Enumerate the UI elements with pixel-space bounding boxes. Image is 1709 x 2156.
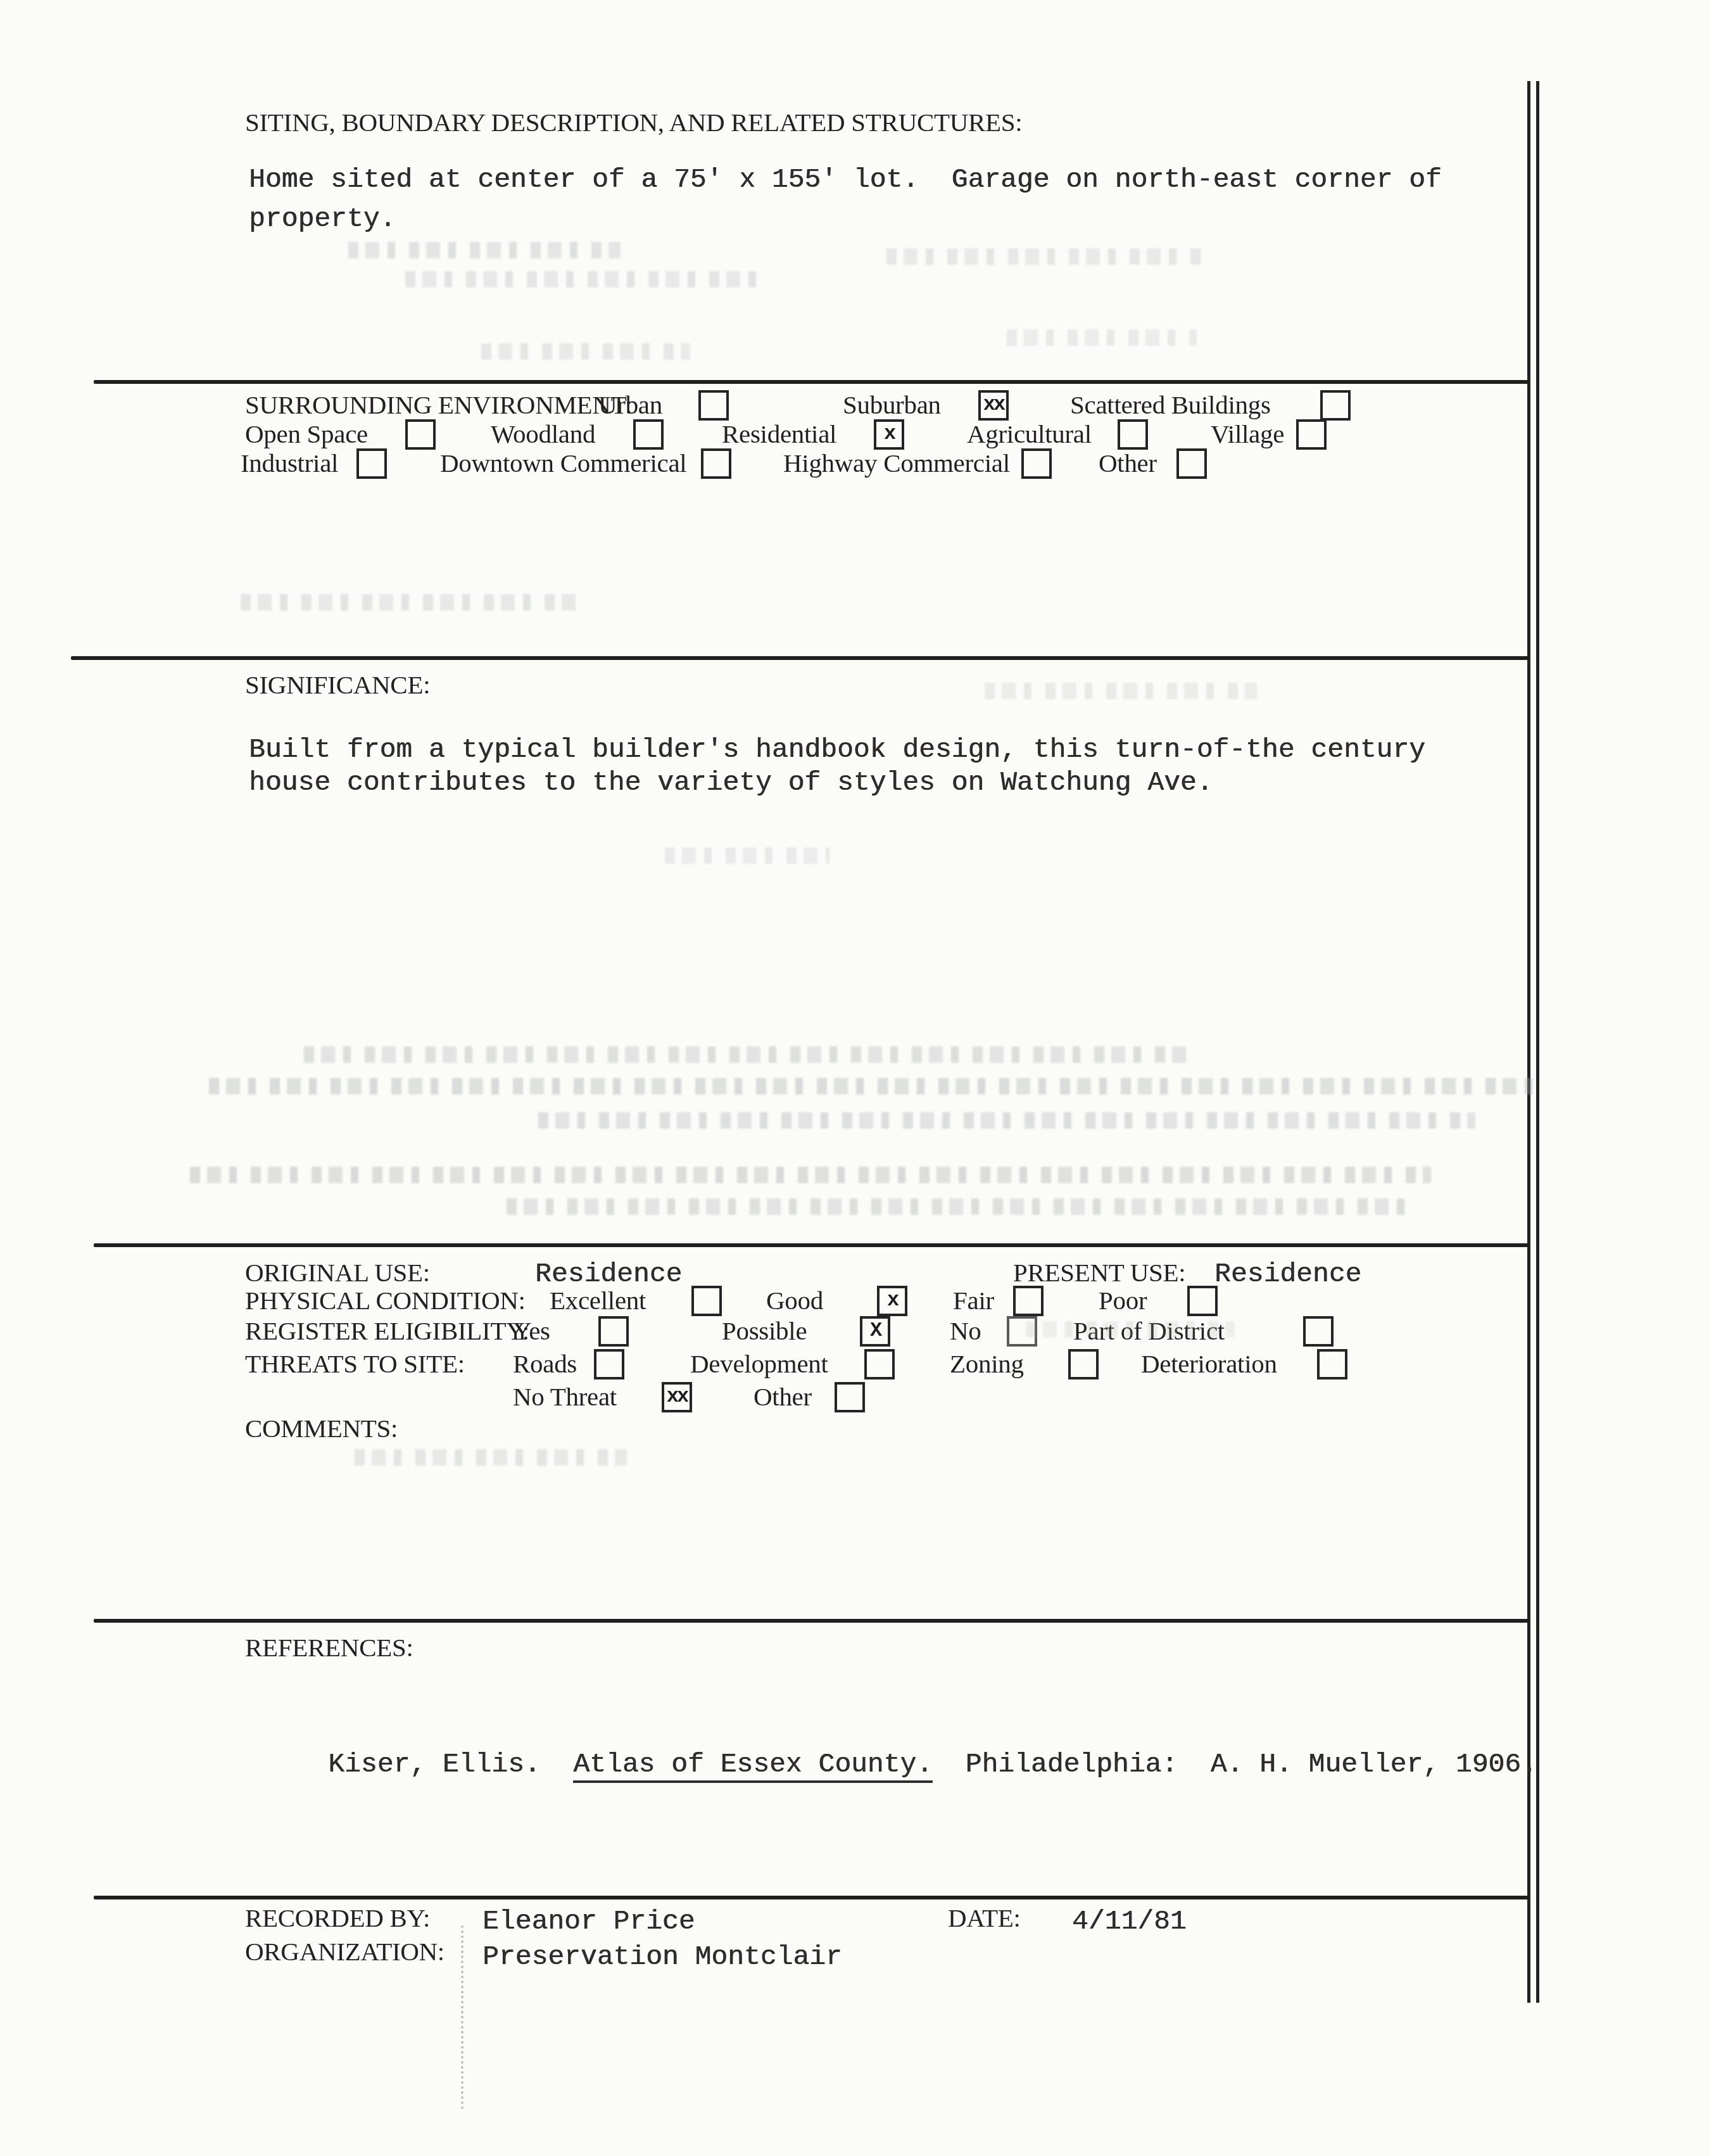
organization-value: Preservation Montclair: [482, 1941, 842, 1974]
register-no-label: No: [950, 1316, 981, 1345]
significance-text-line2: house contributes to the variety of styl…: [249, 766, 1213, 799]
bleed-through-artifact: [348, 242, 621, 258]
date-value: 4/11/81: [1072, 1905, 1187, 1938]
threats-to-site-label: THREATS TO SITE:: [245, 1349, 465, 1378]
register-possible-checkbox: X: [860, 1316, 890, 1347]
env-option-residential-checkbox: x: [874, 419, 904, 450]
condition-poor-label: Poor: [1099, 1286, 1147, 1315]
physical-condition-label: PHYSICAL CONDITION:: [245, 1286, 526, 1315]
env-option-open-space-label: Open Space: [245, 419, 368, 448]
register-eligibility-label: REGISTER ELIGIBILITY:: [245, 1316, 529, 1345]
threat-zoning-checkbox: [1068, 1349, 1099, 1379]
env-option-other-checkbox: [1176, 448, 1207, 479]
condition-fair-label: Fair: [953, 1286, 994, 1315]
env-option-village-checkbox: [1296, 419, 1327, 450]
condition-excellent-label: Excellent: [550, 1286, 646, 1315]
env-option-woodland-label: Woodland: [491, 419, 595, 448]
env-option-agricultural-checkbox: [1118, 419, 1148, 450]
env-option-urban-checkbox: [698, 390, 729, 421]
threat-no-threat-checkbox: xx: [662, 1382, 692, 1412]
environment-section-heading: SURROUNDING ENVIRONMENT:: [245, 390, 632, 419]
bleed-through-artifact: [304, 1046, 1190, 1063]
present-use-value: Residence: [1214, 1258, 1361, 1291]
condition-excellent-checkbox: [691, 1286, 722, 1316]
siting-section-heading: SITING, BOUNDARY DESCRIPTION, AND RELATE…: [245, 108, 1022, 137]
threat-development-checkbox: [864, 1349, 895, 1379]
date-label: DATE:: [948, 1903, 1021, 1932]
threat-deterioration-label: Deterioration: [1141, 1349, 1277, 1378]
citation-title-underlined: Atlas of Essex County.: [573, 1749, 933, 1783]
env-option-scattered-buildings-label: Scattered Buildings: [1070, 390, 1271, 419]
bleed-through-artifact: [985, 683, 1257, 699]
threat-roads-checkbox: [594, 1349, 624, 1379]
bleed-through-artifact: [1007, 329, 1197, 346]
organization-label: ORGANIZATION:: [245, 1937, 445, 1966]
section-divider: [94, 1896, 1529, 1899]
section-divider: [94, 1243, 1529, 1247]
env-option-downtown-commerical-checkbox: [701, 448, 731, 479]
register-possible-label: Possible: [722, 1316, 807, 1345]
section-divider: [94, 380, 1529, 384]
env-option-downtown-commerical-label: Downtown Commerical: [440, 448, 686, 478]
bleed-through-artifact: [886, 248, 1203, 265]
original-use-label: ORIGINAL USE:: [245, 1258, 430, 1287]
env-option-agricultural-label: Agricultural: [967, 419, 1092, 448]
page-edge-double-line: [1527, 81, 1539, 2003]
register-yes-label: Yes: [513, 1316, 550, 1345]
bleed-through-artifact: [209, 1078, 1532, 1094]
threat-other-checkbox: [835, 1382, 865, 1412]
recorded-by-label: RECORDED BY:: [245, 1903, 430, 1932]
bleed-through-artifact: [405, 271, 760, 288]
scan-fold-artifact: [461, 1925, 464, 2109]
condition-good-label: Good: [766, 1286, 823, 1315]
env-option-highway-commercial-label: Highway Commercial: [783, 448, 1010, 478]
env-option-urban-label: Urban: [598, 390, 662, 419]
bleed-through-artifact: [507, 1198, 1412, 1215]
reference-citation: Kiser, Ellis. Atlas of Essex County. Phi…: [263, 1715, 1537, 1814]
bleed-through-artifact: [241, 594, 583, 611]
siting-text-line1: Home sited at center of a 75' x 155' lot…: [249, 163, 1442, 196]
citation-publisher: Philadelphia: A. H. Mueller, 1906.: [933, 1749, 1537, 1780]
env-option-suburban-label: Suburban: [843, 390, 941, 419]
threat-no-threat-label: No Threat: [513, 1382, 617, 1411]
recorded-by-value: Eleanor Price: [482, 1905, 695, 1938]
significance-text-line1: Built from a typical builder's handbook …: [249, 733, 1425, 766]
survey-form-page: SITING, BOUNDARY DESCRIPTION, AND RELATE…: [0, 0, 1709, 2156]
env-option-village-label: Village: [1211, 419, 1284, 448]
threat-zoning-label: Zoning: [950, 1349, 1024, 1378]
condition-fair-checkbox: [1013, 1286, 1044, 1316]
bleed-through-artifact: [190, 1167, 1431, 1183]
bleed-through-artifact: [538, 1112, 1475, 1129]
condition-good-checkbox: x: [877, 1286, 907, 1316]
threat-deterioration-checkbox: [1317, 1349, 1347, 1379]
bleed-through-artifact: [1026, 1321, 1235, 1338]
register-part-of-district-checkbox: [1303, 1316, 1334, 1347]
env-option-industrial-label: Industrial: [241, 448, 338, 478]
env-option-industrial-checkbox: [356, 448, 387, 479]
comments-label: COMMENTS:: [245, 1414, 398, 1443]
condition-poor-checkbox: [1187, 1286, 1218, 1316]
env-option-highway-commercial-checkbox: [1021, 448, 1052, 479]
env-option-scattered-buildings-checkbox: [1320, 390, 1351, 421]
significance-section-heading: SIGNIFICANCE:: [245, 670, 430, 699]
env-option-open-space-checkbox: [405, 419, 436, 450]
bleed-through-artifact: [665, 847, 829, 864]
register-yes-checkbox: [598, 1316, 629, 1347]
section-divider: [94, 1619, 1529, 1623]
threat-other-label: Other: [754, 1382, 812, 1411]
env-option-other-label: Other: [1099, 448, 1157, 478]
env-option-suburban-checkbox: xx: [978, 390, 1009, 421]
env-option-residential-label: Residential: [722, 419, 836, 448]
siting-text-line2: property.: [249, 203, 396, 236]
env-option-woodland-checkbox: [633, 419, 664, 450]
bleed-through-artifact: [481, 343, 690, 360]
citation-author: Kiser, Ellis.: [328, 1749, 573, 1780]
threat-roads-label: Roads: [513, 1349, 577, 1378]
section-divider: [71, 656, 1529, 660]
bleed-through-artifact: [355, 1449, 627, 1466]
references-section-heading: REFERENCES:: [245, 1633, 413, 1662]
present-use-label: PRESENT USE:: [1013, 1258, 1185, 1287]
threat-development-label: Development: [690, 1349, 828, 1378]
